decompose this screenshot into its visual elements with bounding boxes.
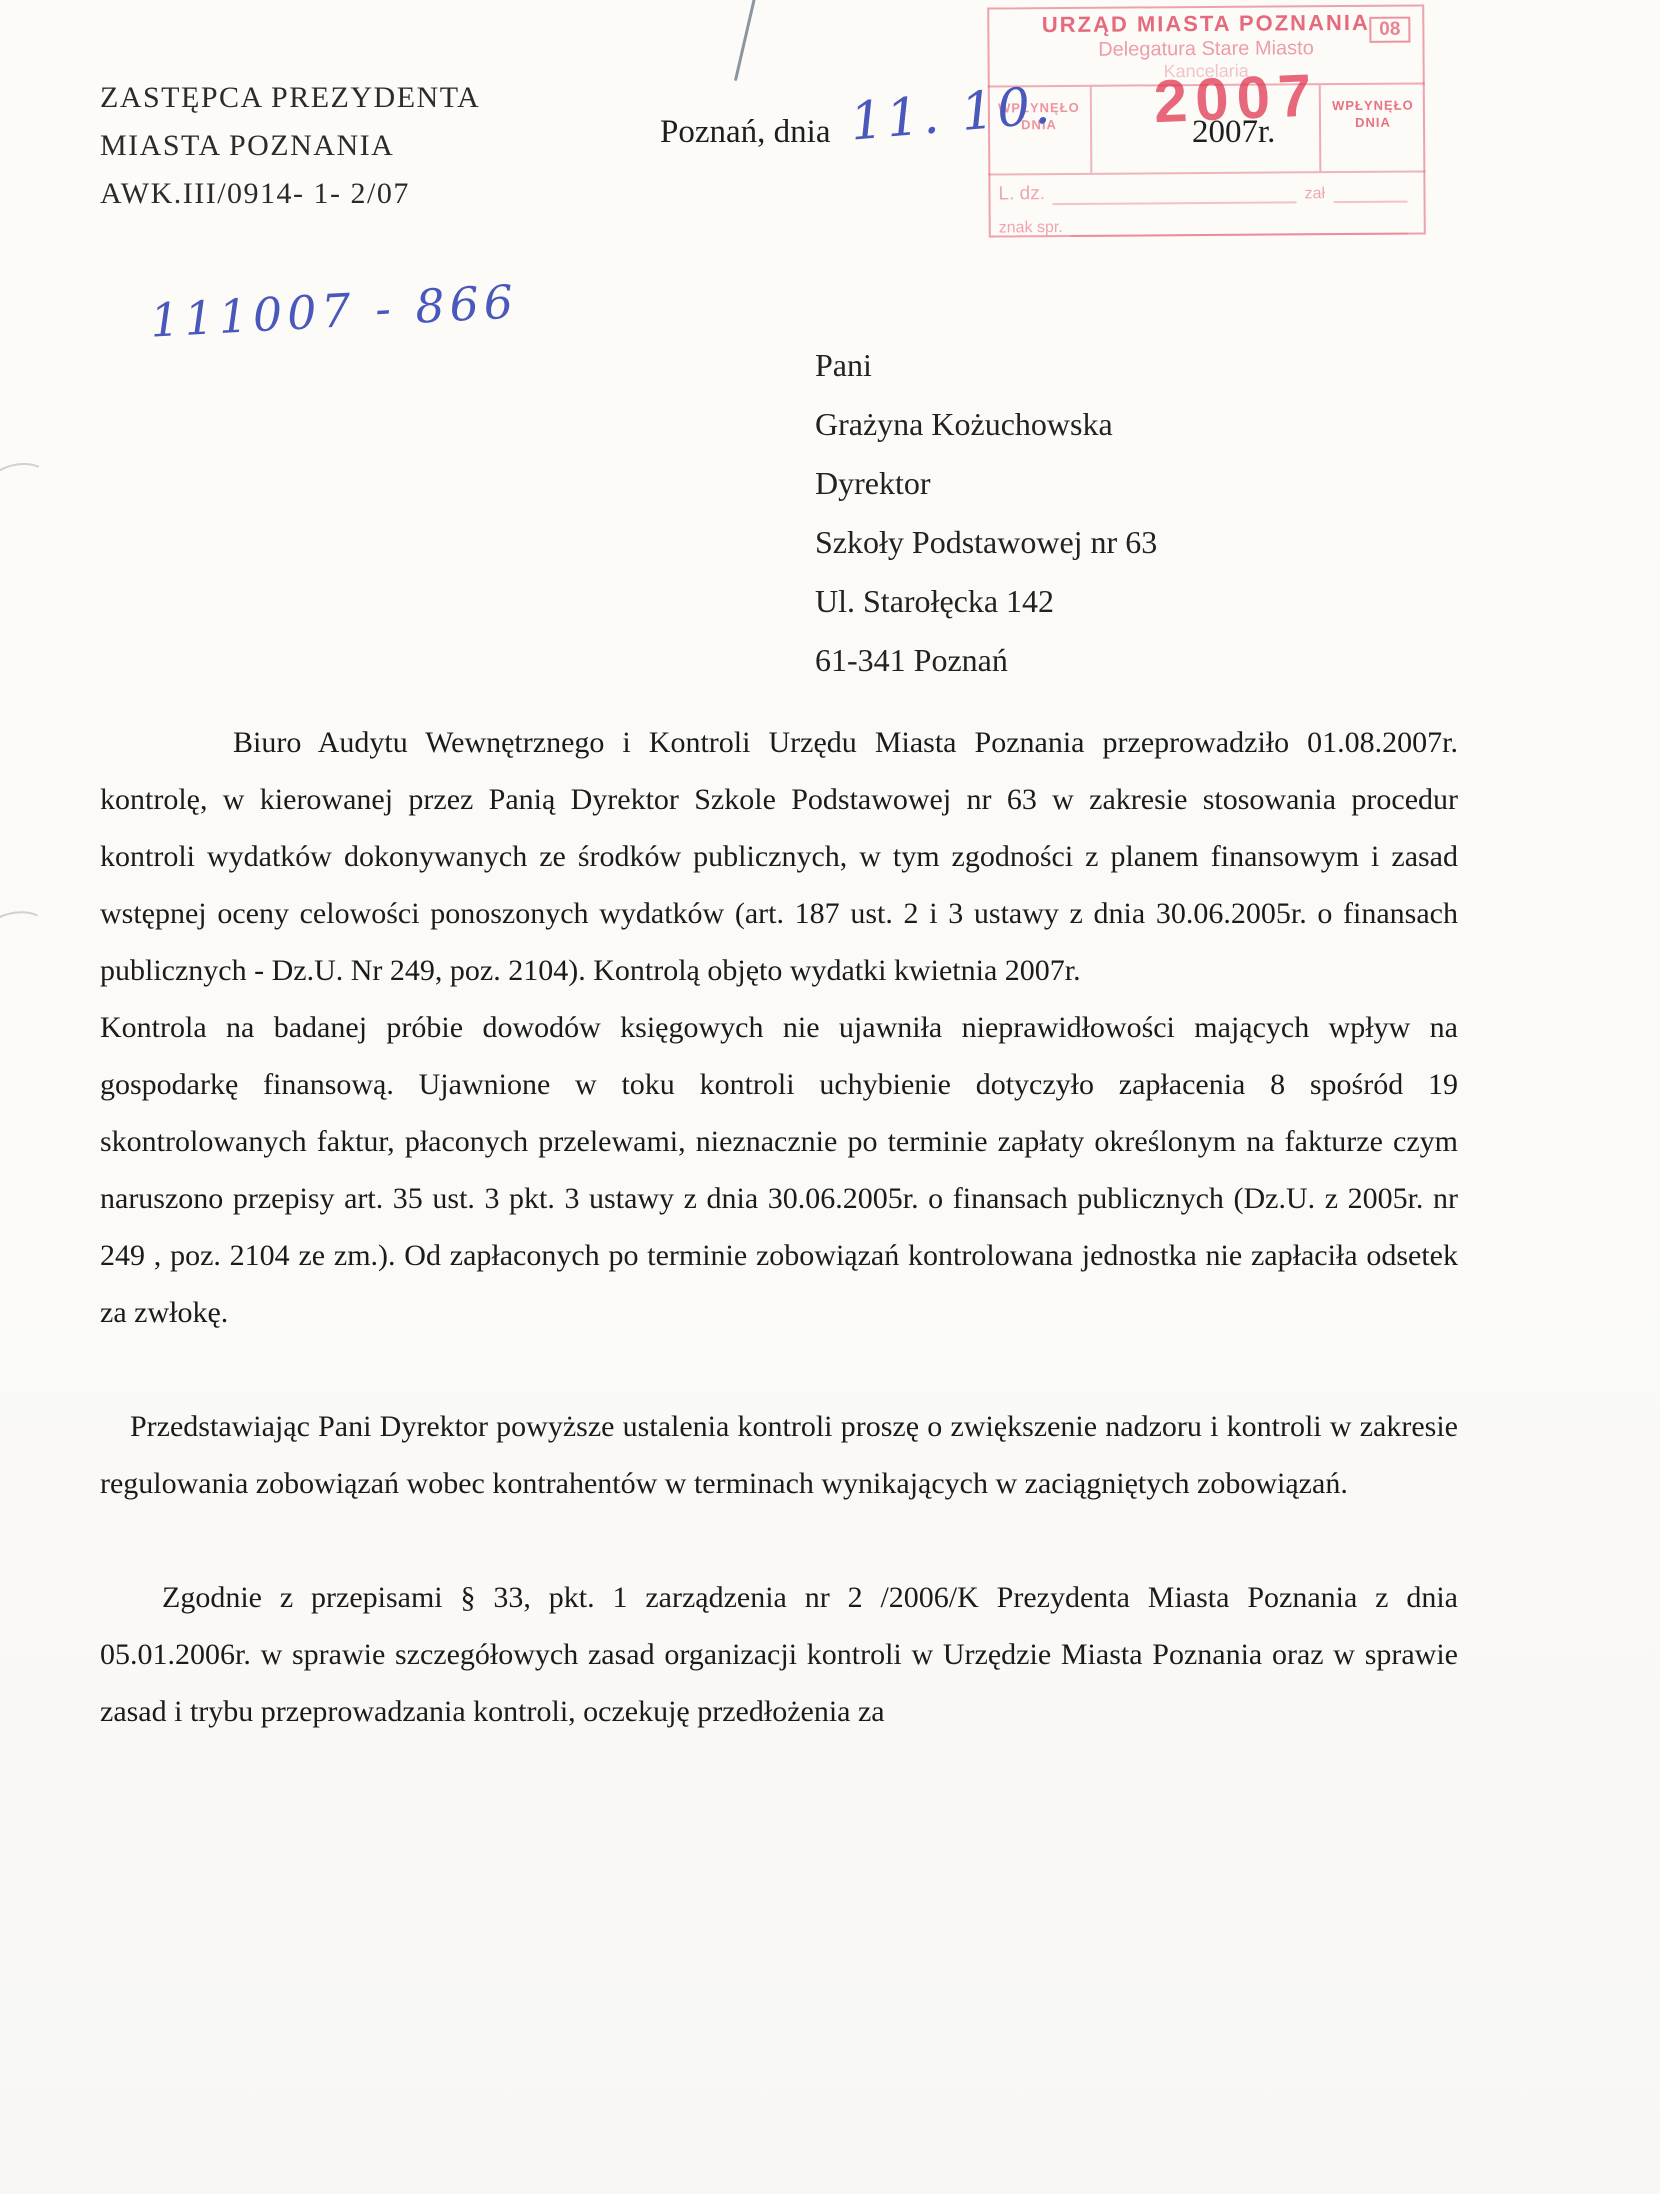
recipient-institution: Szkoły Podstawowej nr 63 [815, 513, 1157, 572]
stamp-received-label-right: WPŁYNĘŁO DNIA [1319, 84, 1426, 171]
recipient-name: Grażyna Kożuchowska [815, 395, 1157, 454]
recipient-title: Dyrektor [815, 454, 1157, 513]
sender-block: ZASTĘPCA PREZYDENTA MIASTA POZNANIA AWK.… [100, 74, 480, 218]
stamp-bottom-section: L. dz. zał znak spr. [988, 170, 1425, 237]
stamp-unit-name: Delegatura Stare Miasto [987, 36, 1424, 62]
body-paragraph-2: Kontrola na badanej próbie dowodów księg… [100, 999, 1458, 1341]
sender-title-line2: MIASTA POZNANIA [100, 122, 480, 170]
stamp-ldz-label: L. dz. [998, 183, 1045, 205]
recipient-city: 61-341 Poznań [815, 631, 1157, 690]
stamp-zal-label: zał [1305, 185, 1326, 203]
date-line-prefix: Poznań, dnia [660, 114, 830, 151]
stamp-year-imprint: 2007 [1154, 86, 1320, 110]
body-paragraph-1: Biuro Audytu Wewnętrznego i Kontroli Urz… [100, 714, 1458, 999]
scan-curl-artifact [0, 455, 60, 525]
recipient-block: Pani Grażyna Kożuchowska Dyrektor Szkoły… [815, 336, 1157, 690]
scanned-letter-page: ZASTĘPCA PREZYDENTA MIASTA POZNANIA AWK.… [0, 0, 1660, 2194]
recipient-salutation: Pani [815, 336, 1157, 395]
stamp-org-name: URZĄD MIASTA POZNANIA [987, 9, 1424, 38]
sender-title-line1: ZASTĘPCA PREZYDENTA [100, 74, 480, 122]
pen-stroke-artifact [734, 0, 757, 81]
stamp-znak-label: znak spr. [999, 219, 1063, 237]
sender-reference-number: AWK.III/0914- 1- 2/07 [100, 170, 480, 218]
stamp-ldz-row: L. dz. zał [998, 181, 1415, 206]
letter-body: Biuro Audytu Wewnętrznego i Kontroli Urz… [100, 714, 1458, 1740]
recipient-street: Ul. Starołęcka 142 [815, 572, 1157, 631]
stamp-code-box: 08 [1369, 17, 1410, 43]
body-paragraph-3: Przedstawiając Pani Dyrektor powyższe us… [100, 1398, 1458, 1512]
stamp-zal-fill-line [1333, 185, 1408, 204]
stamp-znak-fill-line [1071, 217, 1408, 237]
scan-curl-artifact [0, 904, 57, 972]
handwritten-filing-number: 111007 - 866 [149, 274, 520, 347]
date-line-year: 2007r. [1192, 114, 1275, 151]
stamp-ldz-fill-line [1053, 185, 1297, 205]
body-paragraph-4: Zgodnie z przepisami § 33, pkt. 1 zarząd… [100, 1569, 1458, 1740]
stamp-znak-row: znak spr. [999, 217, 1416, 238]
